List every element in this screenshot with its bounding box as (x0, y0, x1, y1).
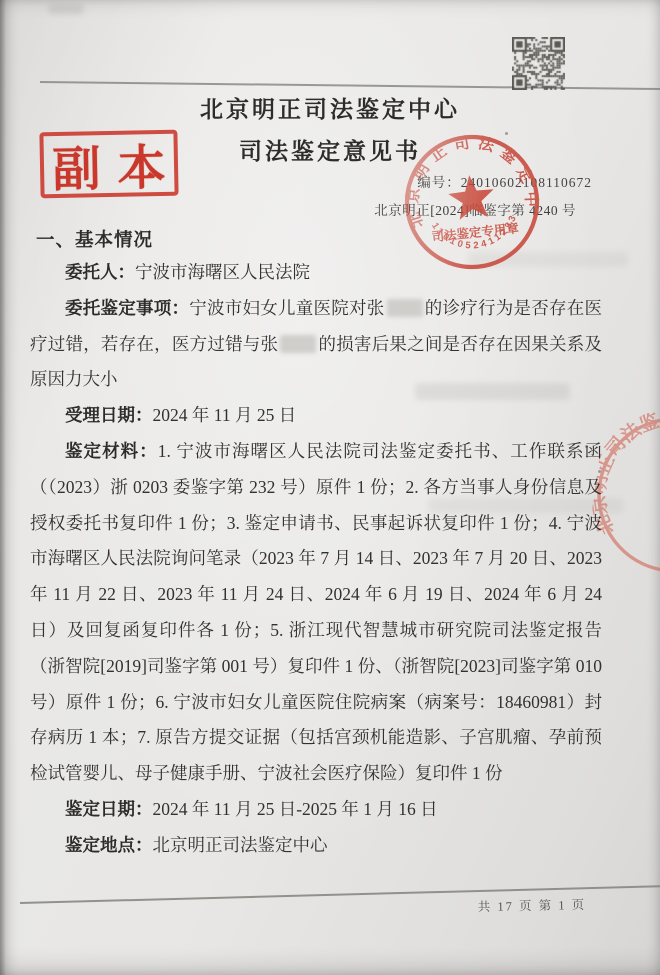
field-label: 鉴定材料： (65, 441, 158, 461)
field-label: 委托鉴定事项： (65, 298, 189, 318)
document-title-line1: 北京明正司法鉴定中心 (0, 94, 660, 124)
document-title-line2: 司法鉴定意见书 (0, 136, 660, 166)
field-label: 鉴定日期： (65, 799, 153, 819)
field-value: 宁波市妇女儿童医院对张 (189, 298, 384, 318)
header-rule (40, 81, 660, 90)
paragraph-materials: 鉴定材料：1. 宁波市海曙区人民法院司法鉴定委托书、工作联系函（（2023）浙 … (30, 434, 602, 792)
field-value: 2024 年 11 月 25 日-2025 年 1 月 16 日 (153, 799, 438, 819)
redacted-name (387, 299, 423, 317)
field-value: 宁波市海曙区人民法院 (135, 262, 310, 282)
seal-star-icon (447, 173, 497, 221)
field-label: 鉴定地点： (65, 835, 153, 855)
field-label: 委托人： (65, 262, 135, 282)
redacted-name (280, 335, 316, 353)
scanned-document-page: 副 本 北京明正司法鉴定中心 司法鉴定意见书 编号：24010602108110… (0, 0, 660, 975)
paragraph-location: 鉴定地点：北京明正司法鉴定中心 (30, 828, 602, 864)
paragraph-client: 委托人：宁波市海曙区人民法院 (30, 255, 602, 291)
paragraph-acceptance-date: 受理日期：2024 年 11 月 25 日 (30, 398, 602, 434)
qr-code (512, 37, 565, 90)
field-value: 1. 宁波市海曙区人民法院司法鉴定委托书、工作联系函（（2023）浙 0203 … (30, 441, 602, 783)
paragraph-appraisal-date: 鉴定日期：2024 年 11 月 25 日-2025 年 1 月 16 日 (30, 792, 602, 828)
page-number-footer: 共 17 页 第 1 页 (452, 894, 612, 915)
bleedthrough-smudge (48, 4, 84, 14)
field-value: 北京明正司法鉴定中心 (153, 835, 328, 855)
field-value: 2024 年 11 月 25 日 (153, 405, 297, 425)
document-body: 委托人：宁波市海曙区人民法院 委托鉴定事项：宁波市妇女儿童医院对张的诊疗行为是否… (30, 255, 602, 864)
paragraph-entrusted-matter: 委托鉴定事项：宁波市妇女儿童医院对张的诊疗行为是否存在医疗过错，若存在，医方过错… (30, 291, 602, 398)
field-label: 受理日期： (65, 405, 153, 425)
section-heading: 一、基本情况 (36, 226, 153, 252)
